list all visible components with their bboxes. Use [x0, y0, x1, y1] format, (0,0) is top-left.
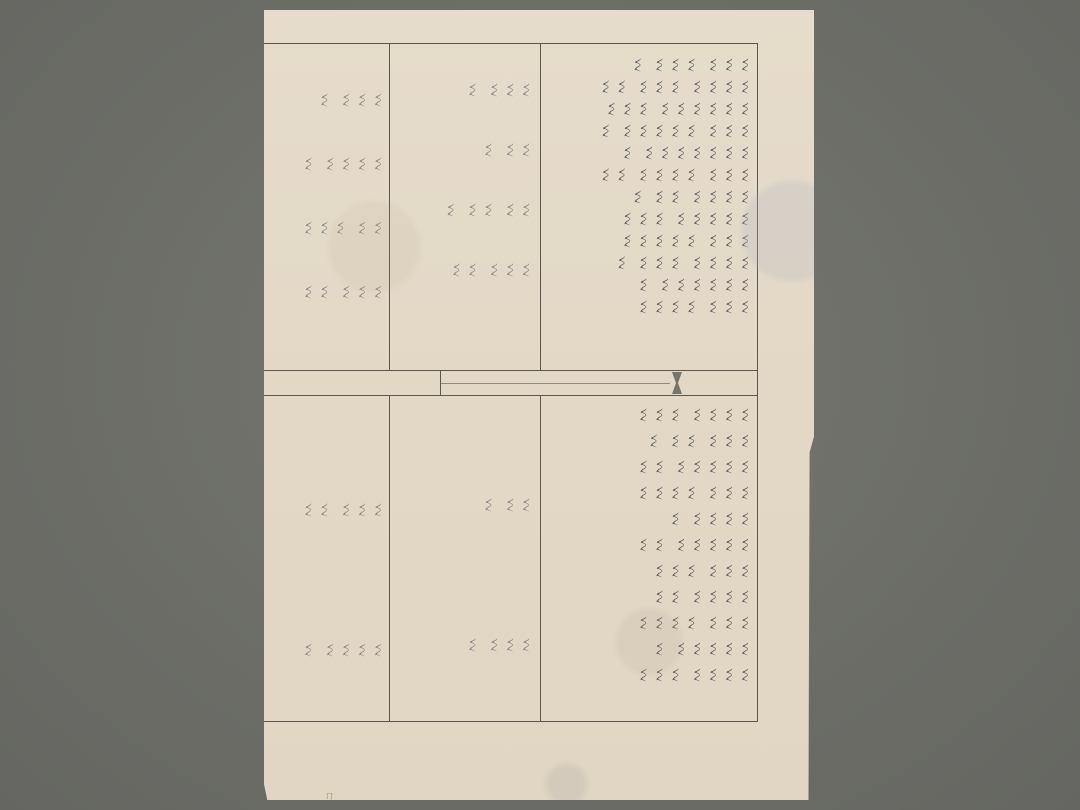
band-top-rule [264, 370, 758, 371]
script-bottom-middle: 〻〻 〻 〻〻〻 〻 [399, 435, 534, 715]
paper-sheet: 〻〻〻 〻〻〻 〻 〻〻〻〻 〻〻〻 〻〻 〻〻〻〻〻〻 〻〻〻 〻〻〻 〻〻〻… [264, 10, 814, 800]
band-bottom-rule [264, 395, 758, 396]
script-top-middle: 〻〻〻 〻 〻〻 〻 〻〻 〻〻 〻 〻〻〻 〻〻 [399, 60, 534, 300]
band-divider [440, 371, 441, 395]
frame-right-rule [757, 43, 758, 721]
frame-bottom-rule [264, 721, 758, 722]
bottom-divider-right [540, 395, 541, 721]
frame-top-rule [264, 43, 758, 44]
script-top-left: 〻〻〻 〻 〻〻〻〻 〻 〻〻 〻〻〻 〻〻〻 〻〻 [268, 68, 386, 324]
bottom-divider-left [389, 395, 390, 721]
script-bottom-left: 〻〻〻 〻〻 〻〻〻〻 〻 [268, 440, 386, 720]
top-divider-left [389, 43, 390, 370]
fishtail-mark [672, 372, 682, 394]
top-divider-right [540, 43, 541, 370]
script-top-right: 〻〻〻 〻〻〻 〻 〻〻〻〻 〻〻〻 〻〻 〻〻〻〻〻〻 〻〻〻 〻〻〻 〻〻〻… [548, 54, 753, 318]
band-inner-rule [440, 383, 670, 384]
script-bottom-right: 〻〻〻〻 〻〻〻 〻〻〻 〻〻 〻 〻〻〻〻〻 〻〻 〻〻〻 〻〻〻〻 〻〻〻〻… [548, 402, 753, 688]
